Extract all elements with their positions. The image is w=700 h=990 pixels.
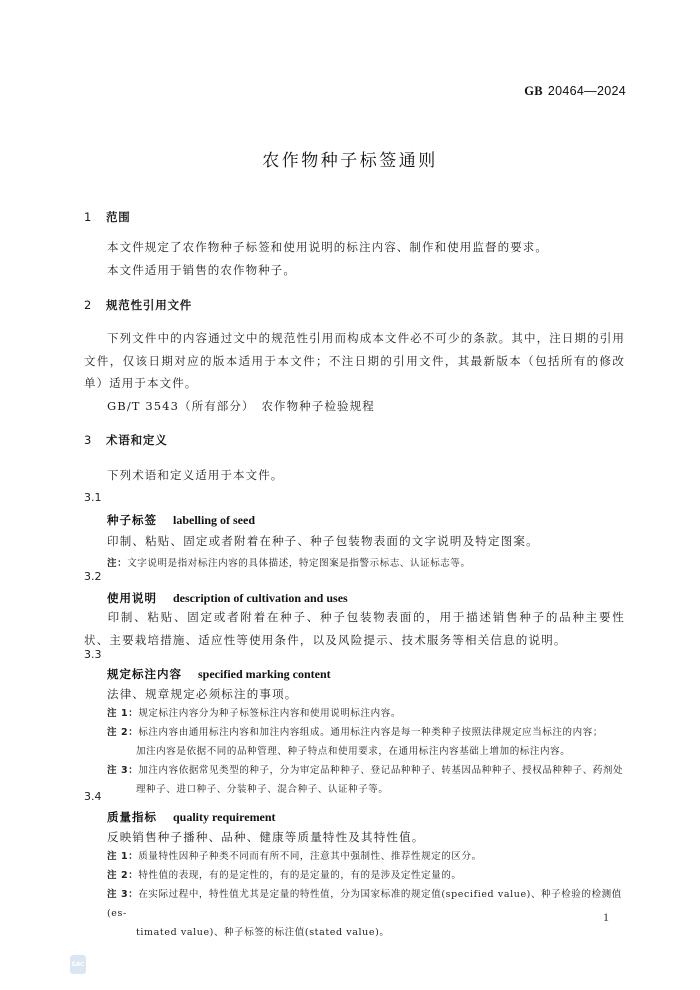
term-zh: 质量指标: [107, 810, 157, 824]
clause-number: 3.2: [84, 570, 102, 583]
standard-code: GB20464—2024: [524, 84, 626, 99]
term-definition: 反映销售种子播种、品种、健康等质量特性及其特性值。: [107, 829, 425, 845]
note-label: 注 2：: [107, 870, 138, 881]
term-zh: 规定标注内容: [107, 667, 182, 681]
note: 注 3：在实际过程中，特性值尤其是定量的特性值，分为国家标准的规定值(speci…: [107, 885, 625, 942]
term-definition: 印制、粘贴、固定或者附着在种子、种子包装物表面的文字说明及特定图案。: [107, 533, 539, 549]
section-3-intro: 下列术语和定义适用于本文件。: [84, 464, 625, 487]
standard-prefix: GB: [524, 84, 543, 98]
paragraph: 本文件规定了农作物种子标签和使用说明的标注内容、制作和使用监督的要求。: [84, 236, 625, 259]
term-en: specified marking content: [198, 667, 331, 681]
term-zh: 种子标签: [107, 513, 157, 527]
clause-number: 3.3: [84, 648, 102, 661]
note-label: 注 2：: [107, 727, 138, 738]
clause-number: 3.1: [84, 491, 102, 504]
term-en: description of cultivation and uses: [173, 591, 348, 605]
note-label: 注 3：: [107, 889, 138, 900]
section-title: 范围: [106, 210, 131, 224]
note: 注：文字说明是指对标注内容的具体描述，特定图案是指警示标志、认证标志等。: [107, 554, 625, 573]
term-zh: 使用说明: [107, 591, 157, 605]
paragraph: 下列文件中的内容通过文中的规范性引用而构成本文件必不可少的条款。其中，注日期的引…: [84, 327, 625, 395]
note: 注 1：质量特性因种子种类不同而有所不同，注意其中强制性、推荐性规定的区分。: [107, 847, 625, 866]
term-heading: 使用说明description of cultivation and uses: [107, 590, 348, 606]
clause-number: 3.4: [84, 790, 102, 803]
term-definition: 法律、规章规定必须标注的事项。: [107, 686, 298, 702]
note: 注 2：标注内容由通用标注内容和加注内容组成。通用标注内容是每一种类种子按照法律…: [107, 723, 625, 761]
term-en: labelling of seed: [173, 513, 255, 527]
section-3-heading: 3术语和定义: [84, 432, 168, 448]
term-en: quality requirement: [173, 810, 276, 824]
section-1-body: 本文件规定了农作物种子标签和使用说明的标注内容、制作和使用监督的要求。 本文件适…: [84, 236, 625, 281]
section-1-heading: 1范围: [84, 209, 131, 225]
section-number: 2: [84, 298, 106, 312]
section-title: 规范性引用文件: [106, 298, 192, 312]
note-label: 注 1：: [107, 708, 138, 719]
note: 注 2：特性值的表现，有的是定性的，有的是定量的，有的是涉及定性定量的。: [107, 866, 625, 885]
standard-number: 20464—2024: [548, 84, 626, 98]
note-label: 注：: [107, 558, 127, 569]
section-2-heading: 2规范性引用文件: [84, 297, 192, 313]
section-number: 1: [84, 210, 106, 224]
section-number: 3: [84, 433, 106, 447]
note-label: 注 1：: [107, 851, 138, 862]
term-definition: 印制、粘贴、固定或者附着在种子、种子包装物表面的，用于描述销售种子的品种主要性状…: [84, 606, 625, 651]
page-number: 1: [603, 910, 609, 925]
term-heading: 规定标注内容specified marking content: [107, 666, 331, 682]
note: 注 3：加注内容依据常见类型的种子，分为审定品种种子、登记品种种子、转基因品种种…: [107, 761, 625, 799]
paragraph: 本文件适用于销售的农作物种子。: [84, 259, 625, 282]
term-heading: 种子标签labelling of seed: [107, 512, 255, 528]
document-title: 农作物种子标签通则: [0, 146, 700, 171]
note: 注 1：规定标注内容分为种子标签标注内容和使用说明标注内容。: [107, 704, 625, 723]
section-2-body: 下列文件中的内容通过文中的规范性引用而构成本文件必不可少的条款。其中，注日期的引…: [84, 327, 625, 417]
normative-reference: GB/T 3543（所有部分） 农作物种子检验规程: [84, 395, 625, 418]
section-title: 术语和定义: [106, 433, 168, 447]
note-label: 注 3：: [107, 765, 138, 776]
sac-logo-icon: SAC: [70, 955, 86, 974]
term-heading: 质量指标quality requirement: [107, 809, 276, 825]
